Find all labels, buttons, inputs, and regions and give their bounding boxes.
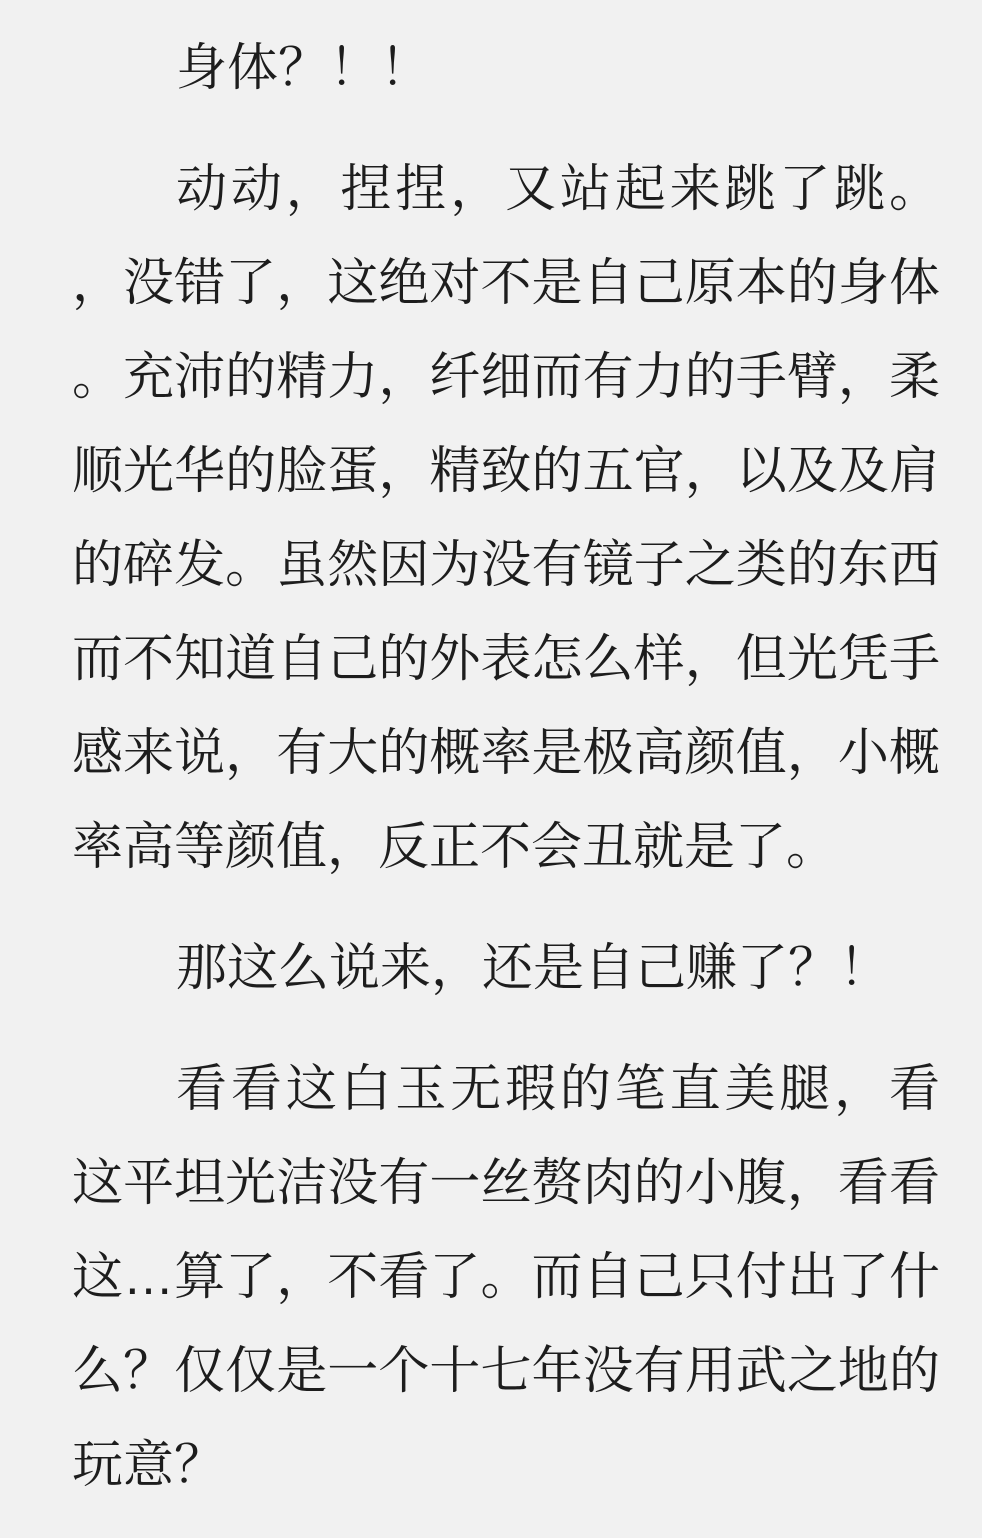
text-line: 这…算了，不看了。而自己只付出了什	[72, 1230, 940, 1324]
paragraph: 身体？！！	[72, 21, 940, 115]
text-line: 身体？！！	[72, 21, 940, 115]
text-line: ，没错了，这绝对不是自己原本的身体	[72, 236, 940, 330]
paragraph: 看看这白玉无瑕的笔直美腿，看看这平坦光洁没有一丝赘肉的小腹，看看这…算了，不看了…	[72, 1042, 940, 1512]
text-line: 么？仅仅是一个十七年没有用武之地的	[72, 1324, 940, 1418]
text-line: 。充沛的精力，纤细而有力的手臂，柔	[72, 330, 940, 424]
reader-page: 身体？！！动动，捏捏，又站起来跳了跳。嗯，没错了，这绝对不是自己原本的身体。充沛…	[0, 0, 982, 1538]
paragraph: 动动，捏捏，又站起来跳了跳。嗯，没错了，这绝对不是自己原本的身体。充沛的精力，纤…	[72, 142, 940, 894]
text-line: 顺光华的脸蛋，精致的五官，以及及肩	[72, 424, 940, 518]
text-line: 这平坦光洁没有一丝赘肉的小腹，看看	[72, 1136, 940, 1230]
text-line: 那这么说来，还是自己赚了？！	[72, 921, 940, 1015]
text-line: 感来说，有大的概率是极高颜值，小概	[72, 706, 940, 800]
text-line: 而不知道自己的外表怎么样，但光凭手	[72, 612, 940, 706]
text-line: 率高等颜值，反正不会丑就是了。	[72, 800, 940, 894]
paragraph: 那这么说来，还是自己赚了？！	[72, 921, 940, 1015]
text-line: 玩意？	[72, 1418, 940, 1512]
text-line: 的碎发。虽然因为没有镜子之类的东西	[72, 518, 940, 612]
text-line: 动动，捏捏，又站起来跳了跳。嗯	[72, 142, 940, 236]
page-content: 身体？！！动动，捏捏，又站起来跳了跳。嗯，没错了，这绝对不是自己原本的身体。充沛…	[72, 21, 940, 1512]
text-line: 看看这白玉无瑕的笔直美腿，看看	[72, 1042, 940, 1136]
